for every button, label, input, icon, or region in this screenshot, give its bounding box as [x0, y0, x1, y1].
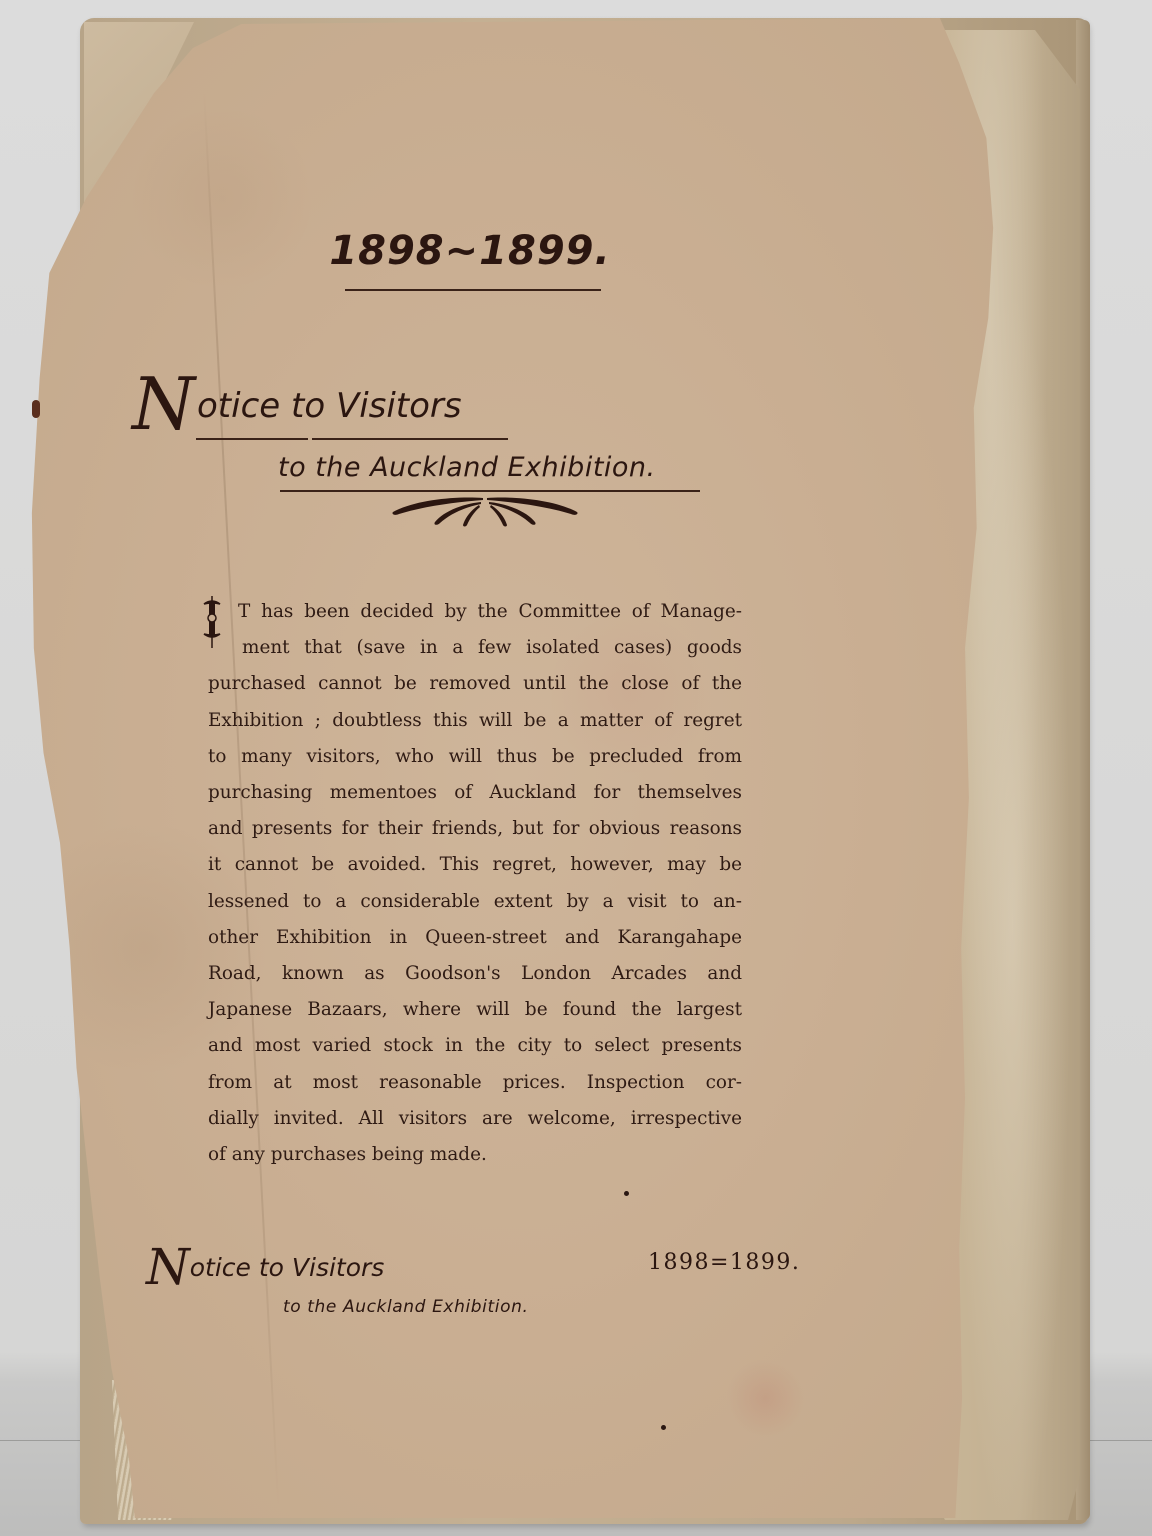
footer-title-text: otice to Visitors	[190, 1253, 385, 1282]
body-line: purchased cannot be removed until the cl…	[208, 666, 742, 702]
fleuron-ornament-icon	[385, 494, 585, 528]
footer-title-initial: N	[146, 1238, 190, 1296]
notice-title-initial: N	[132, 362, 195, 446]
footer-notice-title: Notice to Visitors	[146, 1238, 384, 1296]
body-line: ment that (save in a few isolated cases)…	[208, 630, 742, 666]
notice-subtitle: to the Auckland Exhibition.	[278, 452, 656, 483]
body-line: dially invited. All visitors are welcome…	[208, 1101, 742, 1137]
notice-title-rule-right	[312, 438, 508, 440]
body-line: lessened to a considerable extent by a v…	[208, 884, 742, 920]
notice-title-text: otice to Visitors	[197, 386, 462, 426]
ink-stain	[32, 400, 40, 418]
body-line: and most varied stock in the city to sel…	[208, 1028, 742, 1064]
body-line: from at most reasonable prices. Inspecti…	[208, 1065, 742, 1101]
body-line: to many visitors, who will thus be precl…	[208, 739, 742, 775]
body-line: Exhibition ; doubtless this will be a ma…	[208, 703, 742, 739]
ink-speck	[624, 1191, 629, 1196]
body-line: purchasing mementoes of Auckland for the…	[208, 775, 742, 811]
year-title: 1898~1899.	[320, 228, 620, 274]
notice-subtitle-rule	[280, 490, 700, 492]
body-line: Road, known as Goodson's London Arcades …	[208, 956, 742, 992]
year-title-rule	[345, 289, 601, 291]
ink-speck	[661, 1425, 666, 1430]
body-line: T has been decided by the Committee of M…	[208, 594, 742, 630]
footer-year: 1898=1899.	[648, 1250, 800, 1275]
body-line: other Exhibition in Queen-street and Kar…	[208, 920, 742, 956]
footer-notice-subtitle: to the Auckland Exhibition.	[283, 1297, 528, 1317]
body-line: of any purchases being made.	[208, 1137, 742, 1173]
body-line: Japanese Bazaars, where will be found th…	[208, 992, 742, 1028]
notice-title: Notice to Visitors	[132, 368, 462, 440]
notice-body-paragraph: T has been decided by the Committee of M…	[208, 594, 742, 1173]
body-line: it cannot be avoided. This regret, howev…	[208, 847, 742, 883]
notice-title-rule-left	[196, 438, 308, 440]
body-line: and presents for their friends, but for …	[208, 811, 742, 847]
